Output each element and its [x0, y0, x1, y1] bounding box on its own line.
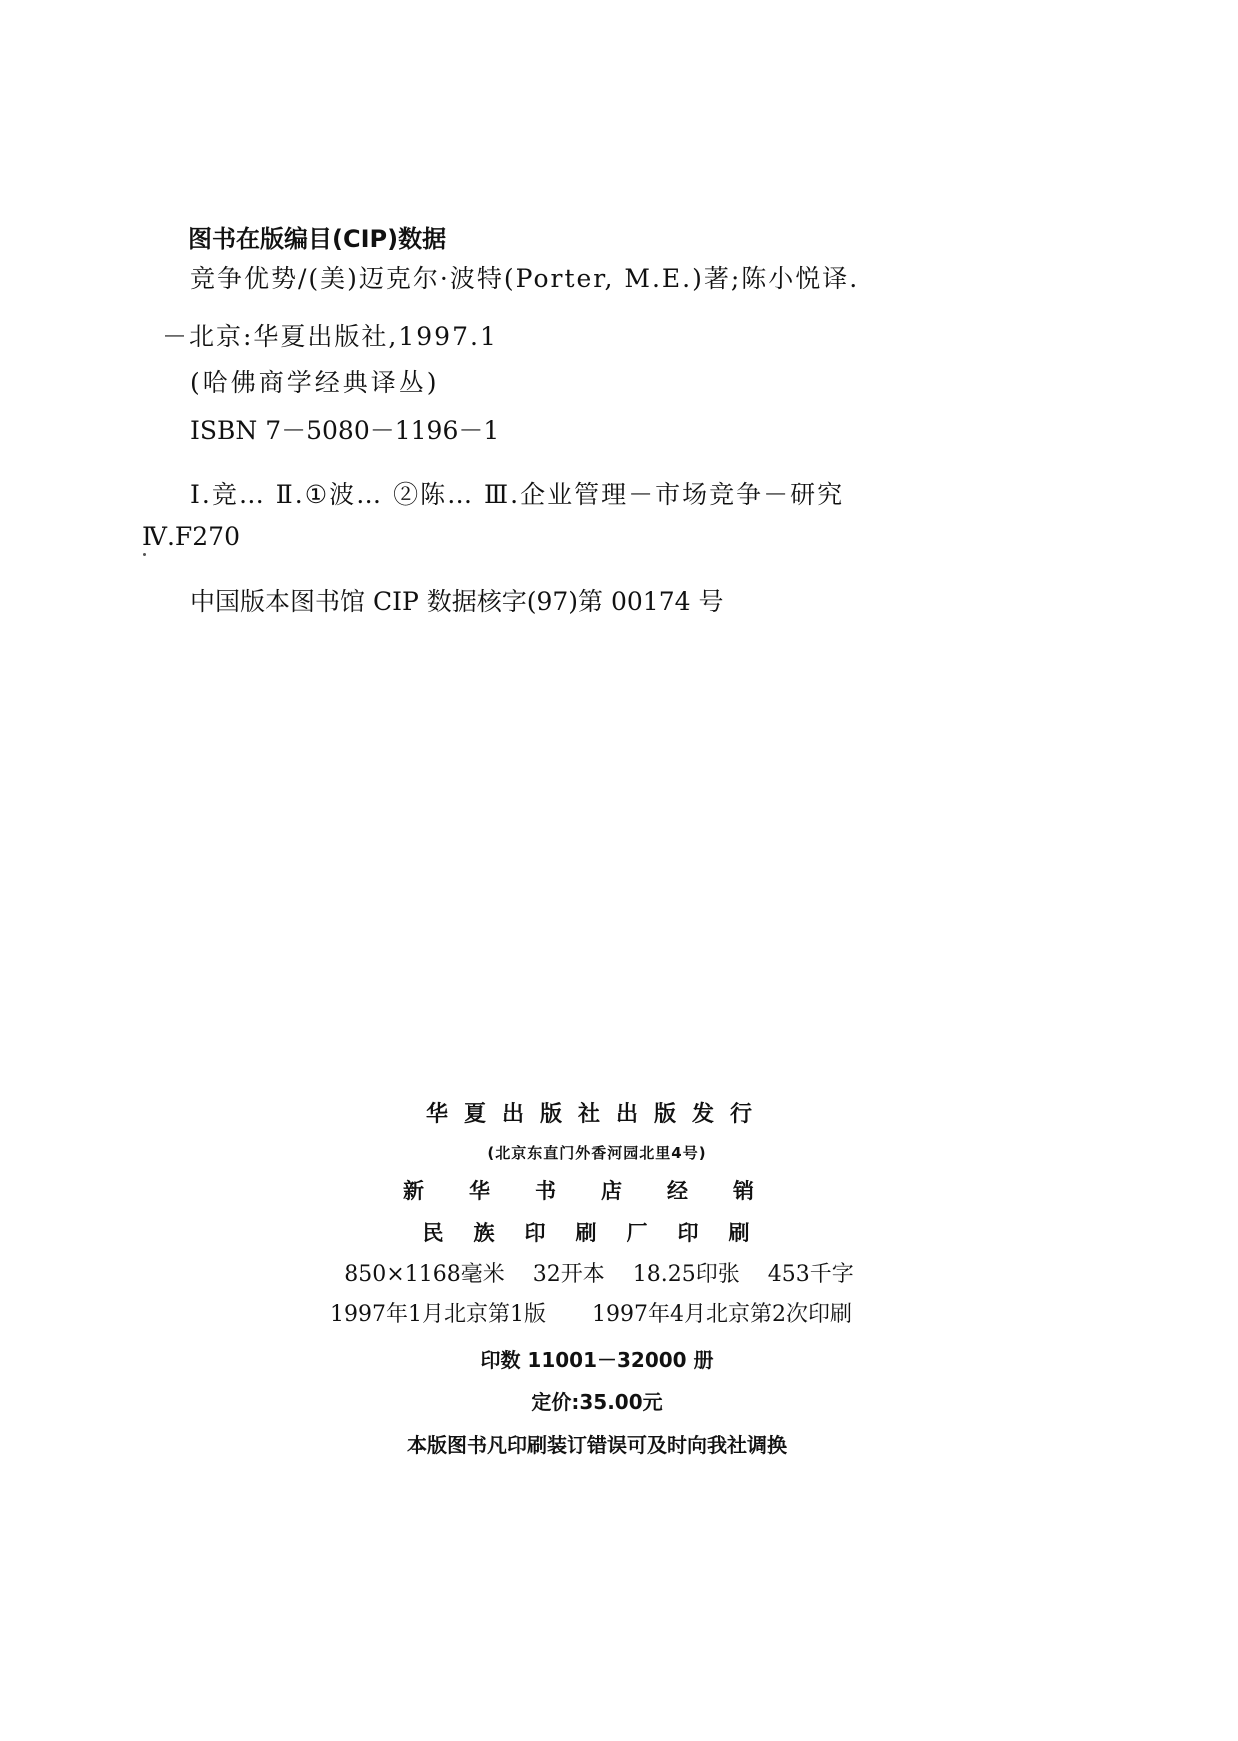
spec-sheets: 18.25印张	[633, 1262, 740, 1287]
print-speck	[143, 553, 146, 556]
cip-heading: 图书在版编目(CIP)数据	[188, 222, 446, 256]
specs-line: 850×1168毫米32开本18.25印张453千字	[0, 1260, 1218, 1290]
copyright-page: 图书在版编目(CIP)数据 竞争优势/(美)迈克尔·波特(Porter, M.E…	[0, 0, 1238, 1741]
distributor-line: 新华书店经销	[0, 1176, 1220, 1206]
cip-title-line: 竞争优势/(美)迈克尔·波特(Porter, M.E.)著;陈小悦译.	[190, 262, 859, 296]
cip-publication-line: －北京:华夏出版社,1997.1	[162, 320, 498, 354]
print-run: 印数 11001－32000 册	[0, 1345, 1216, 1375]
publisher-address: (北京东直门外香河园北里4号)	[0, 1138, 1216, 1168]
printing-edition: 1997年4月北京第2次印刷	[592, 1302, 852, 1327]
cip-series: (哈佛商学经典译丛)	[190, 366, 440, 400]
replacement-notice: 本版图书凡印刷装订错误可及时向我社调换	[0, 1430, 1216, 1460]
cip-record-number: 中国版本图书馆 CIP 数据核字(97)第 00174 号	[190, 585, 723, 619]
cip-isbn: ISBN 7－5080－1196－1	[190, 414, 499, 448]
first-edition: 1997年1月北京第1版	[330, 1302, 546, 1327]
spec-words: 453千字	[768, 1262, 854, 1287]
spec-folio: 32开本	[533, 1262, 605, 1287]
publisher-line: 华夏出版社出版发行	[0, 1100, 1216, 1130]
cip-classification: Ⅳ.F270	[142, 520, 240, 554]
spec-format: 850×1168毫米	[344, 1262, 504, 1287]
cip-subjects: Ⅰ.竞… Ⅱ.①波… ②陈… Ⅲ.企业管理－市场竞争－研究	[190, 478, 844, 512]
editions-line: 1997年1月北京第1版1997年4月北京第2次印刷	[0, 1300, 1210, 1330]
price: 定价:35.00元	[0, 1387, 1216, 1417]
printer-line: 民族印刷厂印刷	[0, 1218, 1220, 1248]
